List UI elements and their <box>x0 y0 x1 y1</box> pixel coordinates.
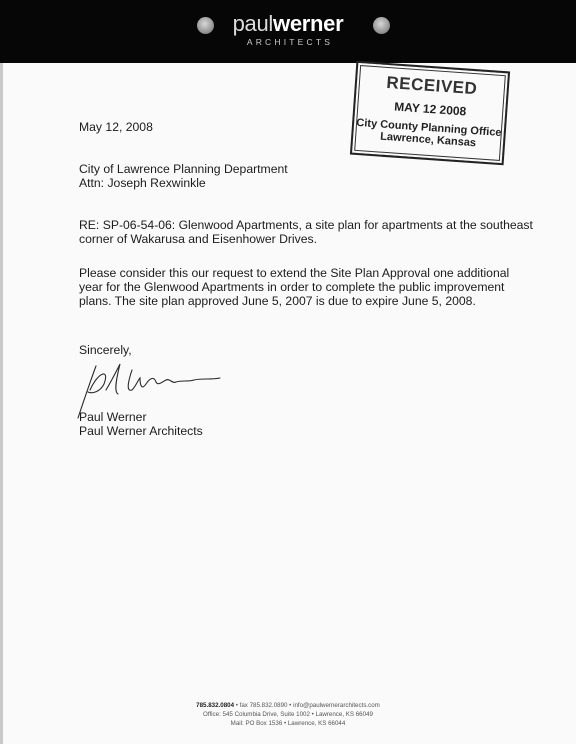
stamp-received: RECEIVED <box>356 71 507 101</box>
body-line: Please consider this our request to exte… <box>79 266 509 281</box>
recipient-line: City of Lawrence Planning Department <box>79 162 288 177</box>
logo-name-light: paul <box>233 11 273 36</box>
logo-name-bold: werner <box>273 11 343 36</box>
letterhead-banner: paulwerner ARCHITECTS <box>0 0 576 63</box>
body-line: year for the Glenwood Apartments in orde… <box>79 280 504 295</box>
re-line: corner of Wakarusa and Eisenhower Drives… <box>79 232 317 247</box>
body-line: plans. The site plan approved June 5, 20… <box>79 294 476 309</box>
footer-mail: Mail: PO Box 1536 • Lawrence, KS 66044 <box>0 719 576 728</box>
recipient-attn: Attn: Joseph Rexwinkle <box>79 176 206 191</box>
scan-edge <box>0 0 3 744</box>
re-line: RE: SP-06-54-06: Glenwood Apartments, a … <box>79 218 533 233</box>
logo-subtitle: ARCHITECTS <box>0 37 576 47</box>
footer-office: Office: 545 Columbia Drive, Suite 1002 •… <box>0 710 576 719</box>
footer-fax-email: • fax 785.832.0890 • info@paulwernerarch… <box>234 702 380 709</box>
company-logo: paulwerner ARCHITECTS <box>0 13 576 47</box>
letter-date: May 12, 2008 <box>79 120 153 135</box>
footer-contact: 785.832.0804 • fax 785.832.0890 • info@p… <box>0 701 576 710</box>
received-stamp: RECEIVED MAY 12 2008 City County Plannin… <box>350 61 510 166</box>
signer-company: Paul Werner Architects <box>79 424 203 439</box>
signer-name: Paul Werner <box>79 410 147 425</box>
closing: Sincerely, <box>79 343 132 358</box>
footer-phone: 785.832.0804 <box>196 702 234 709</box>
